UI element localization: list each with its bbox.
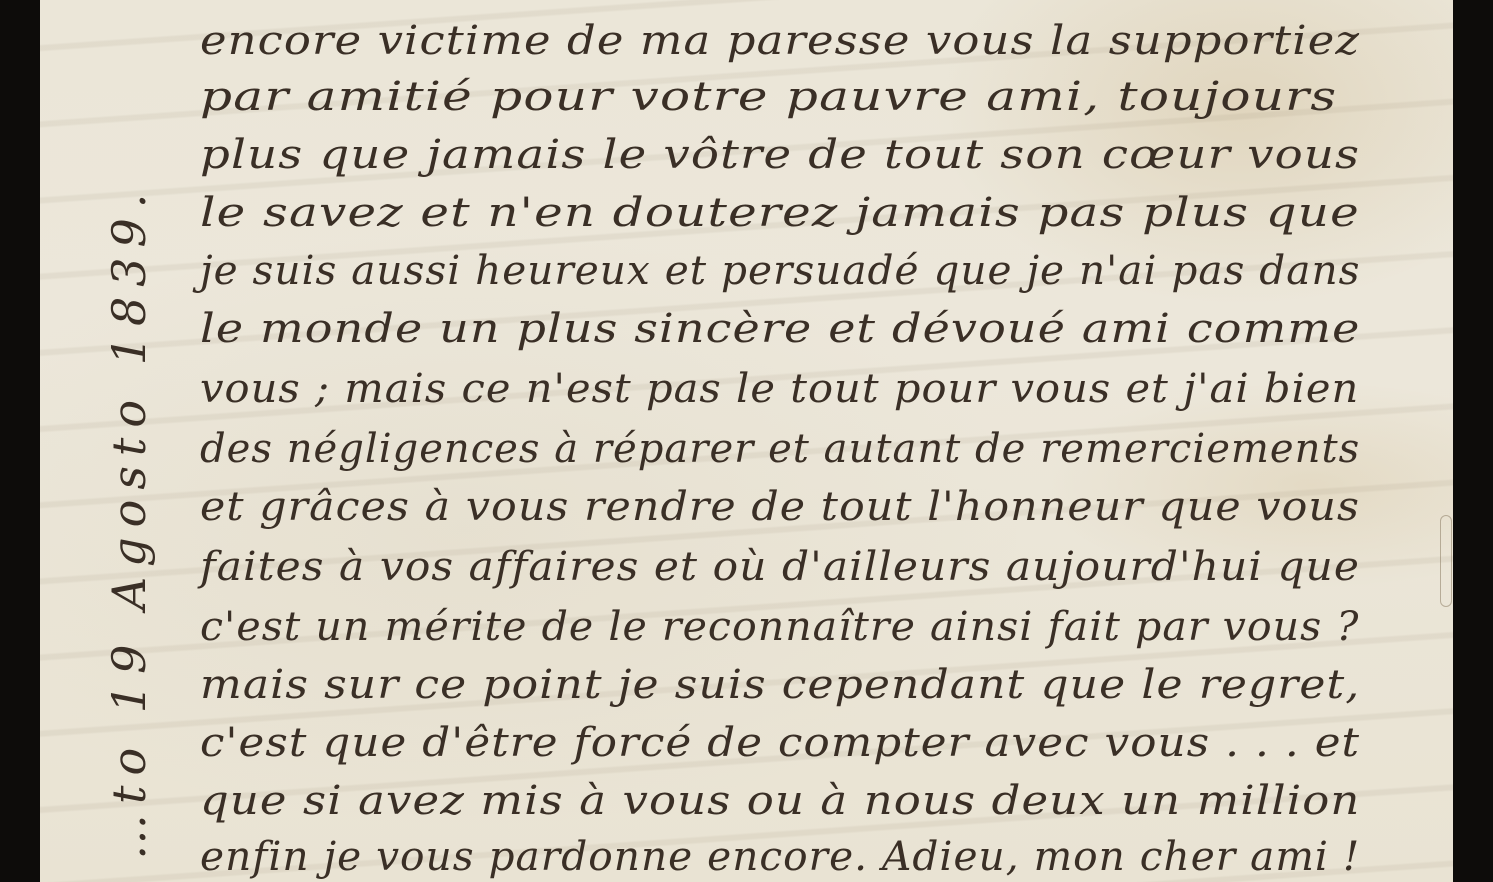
margin-date-annotation: …to 19 Agosto 1839. <box>102 184 156 860</box>
manuscript-page: …to 19 Agosto 1839. encore victime de ma… <box>40 0 1453 882</box>
letter-line-11: c'est un mérite de le reconnaître ainsi … <box>200 604 1359 650</box>
letter-line-8: des négligences à réparer et autant de r… <box>200 426 1360 472</box>
letter-line-6: le monde un plus sincère et dévoué ami c… <box>200 306 1360 352</box>
letter-line-2: par amitié pour votre pauvre ami, toujou… <box>200 74 1337 120</box>
letter-line-14: que si avez mis à vous ou à nous deux un… <box>200 778 1360 824</box>
letter-line-13: c'est que d'être forcé de compter avec v… <box>200 720 1360 766</box>
letter-line-15: enfin je vous pardonne encore. Adieu, mo… <box>200 834 1360 880</box>
document-viewer: …to 19 Agosto 1839. encore victime de ma… <box>0 0 1493 882</box>
letter-line-4: le savez et n'en douterez jamais pas plu… <box>200 190 1360 236</box>
scan-border-right <box>1453 0 1493 882</box>
letter-line-1: encore victime de ma paresse vous la sup… <box>200 18 1360 64</box>
letter-line-5: je suis aussi heureux et persuadé que je… <box>200 248 1360 294</box>
letter-line-12: mais sur ce point je suis cependant que … <box>200 662 1360 708</box>
letter-line-9: et grâces à vous rendre de tout l'honneu… <box>200 484 1360 530</box>
letter-line-10: faites à vos affaires et où d'ailleurs a… <box>200 544 1360 590</box>
letter-line-3: plus que jamais le vôtre de tout son cœu… <box>200 132 1360 178</box>
letter-line-7: vous ; mais ce n'est pas le tout pour vo… <box>200 366 1359 412</box>
scan-border-left <box>0 0 40 882</box>
paper-edge-fold <box>1440 515 1452 607</box>
